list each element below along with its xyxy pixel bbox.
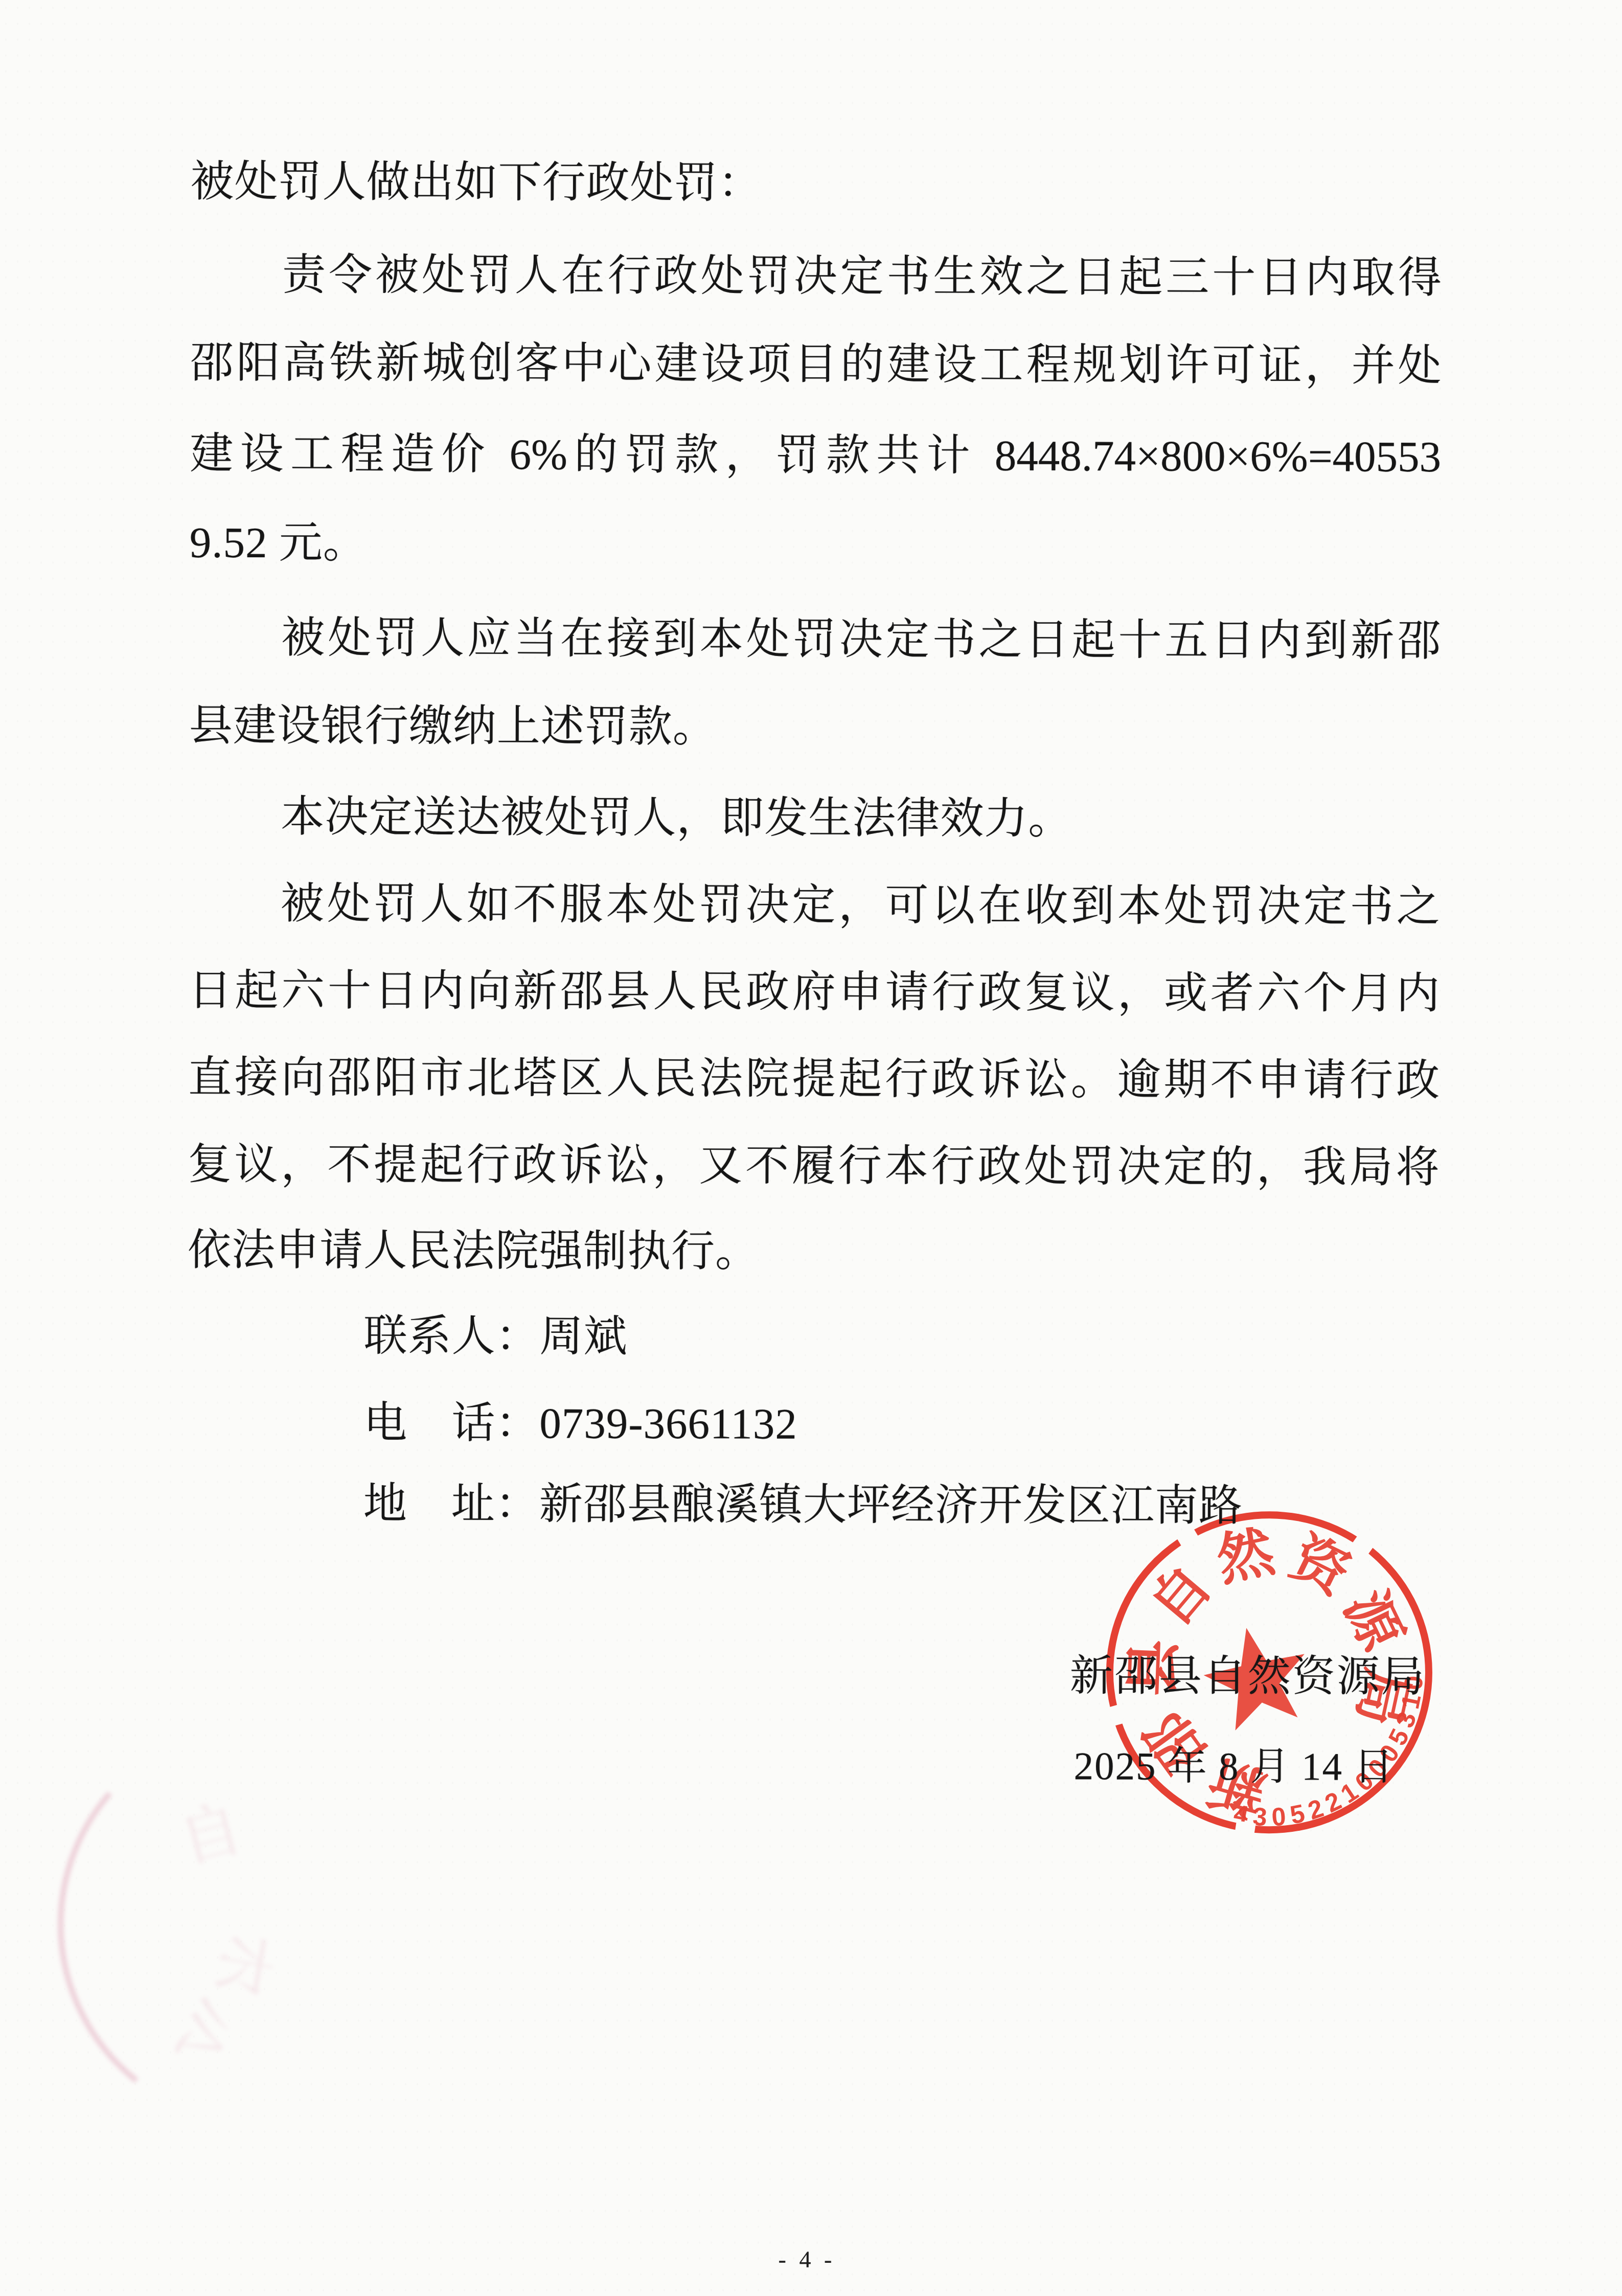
body-line: 依法申请人民法院强制执行。 [188,1225,759,1278]
contact-address-line: 地 址：新邵县酿溪镇大坪经济开发区江南路 [363,1479,1243,1532]
bleed-through-stamp: 自长么 [37,1701,498,2162]
bleed-through-glyph: 么 [170,1994,232,2062]
body-line: 复议，不提起行政诉讼，又不履行本行政处罚决定的，我局将 [188,1139,1439,1194]
body-line: 被处罚人应当在接到本处罚决定书之日起十五日内到新邵 [281,612,1441,667]
body-line: 直接向邵阳市北塔区人民法院提起行政诉讼。逾期不申请行政 [188,1052,1440,1107]
body-line: 县建设银行缴纳上述罚款。 [189,700,717,753]
seal-code-digit: 0 [1271,1802,1287,1832]
body-line: 建设工程造价 6%的罚款，罚款共计 8448.74×800×6%=40553 [190,428,1441,483]
document-page: 新邵县自然资源局43052210005310 自长么 被处罚人做出如下行政处罚：… [0,0,1622,2296]
contact-phone-line: 电 话：0739-3661132 [363,1398,797,1450]
bleed-through-arc [60,1725,459,2124]
body-line: 邵阳高铁新城创客中心建设项目的建设工程规划许可证，并处 [190,337,1442,392]
page-number: - 4 - [0,2244,1618,2275]
issuing-agency: 新邵县自然资源局 [1070,1641,1426,1704]
body-line: 日起六十日内向新邵县人民政府申请行政复议，或者六个月内 [188,965,1440,1020]
body-line: 9.52 元。 [190,517,367,569]
contact-person-line: 联系人：周斌 [364,1311,628,1363]
body-line: 被处罚人做出如下行政处罚： [190,156,762,209]
seal-rim-notch [1107,1704,1124,1726]
body-line: 责令被处罚人在行政处罚决定书生效之日起三十日内取得 [282,249,1442,304]
bleed-through-glyph: 自 [173,1794,250,1875]
body-line: 被处罚人如不服本处罚决定，可以在收到本处罚决定书之 [281,878,1440,933]
issue-date: 2025 年 8 月 14 日 [1073,1734,1394,1792]
body-line: 本决定送达被处罚人，即发生法律效力。 [281,791,1072,845]
